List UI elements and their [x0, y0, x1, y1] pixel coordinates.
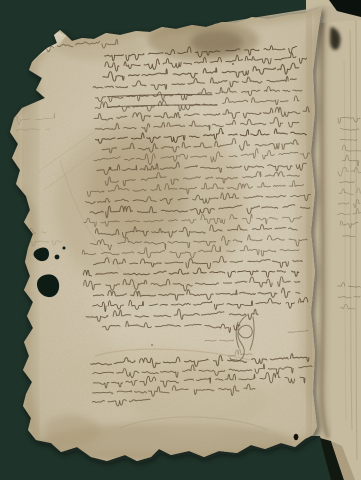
manuscript-photograph [0, 0, 361, 480]
worm-hole [63, 247, 66, 250]
worm-hole [55, 255, 60, 260]
paper-texture [5, 0, 325, 470]
manuscript-scene [0, 0, 361, 480]
ink-blot [109, 167, 112, 170]
worm-hole [294, 434, 299, 440]
page-surface [5, 0, 335, 470]
ink-blot [151, 344, 153, 346]
ink-blot [232, 63, 234, 65]
